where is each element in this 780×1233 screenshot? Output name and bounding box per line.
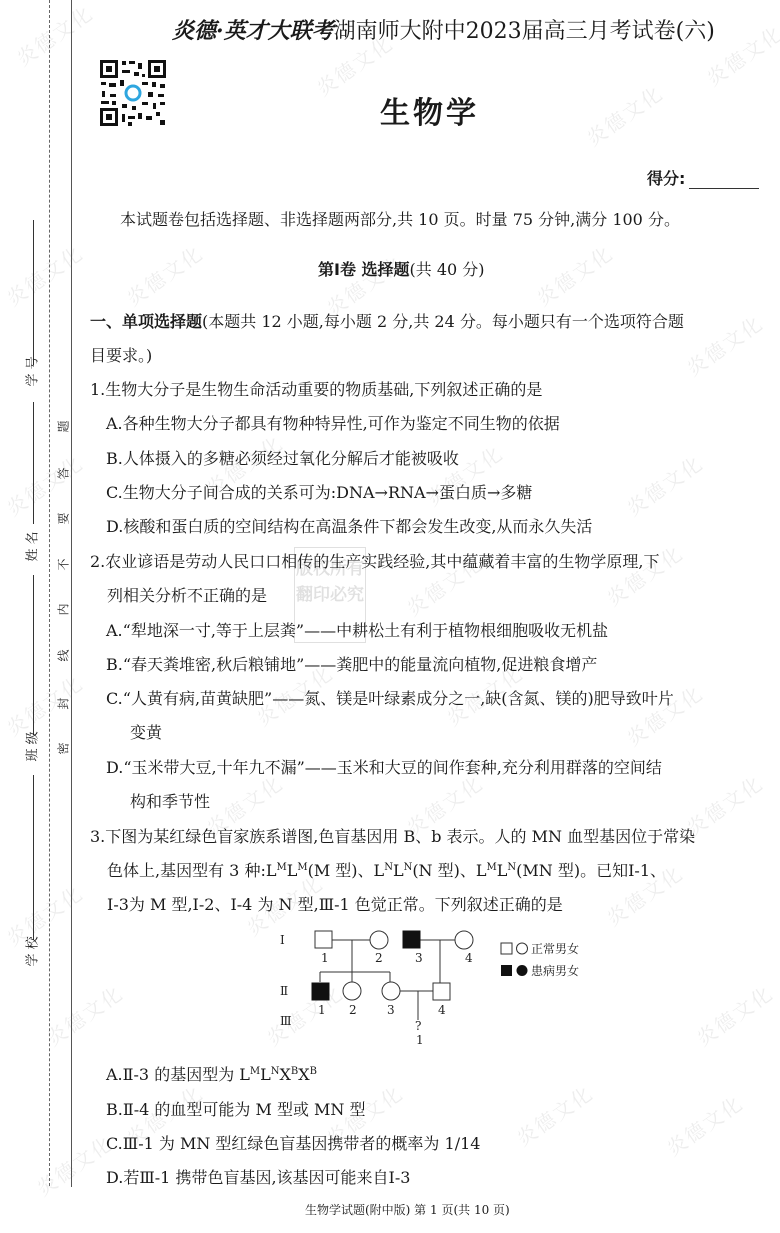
option-label: B. (106, 449, 123, 468)
q3-option-c[interactable]: C.Ⅲ-1 为 MN 型红绿色盲基因携带者的概率为 1/14 (106, 1134, 480, 1154)
q1-option-c[interactable]: C.生物大分子间合成的关系可为:DNA→RNA→蛋白质→多糖 (106, 483, 532, 503)
section-name: 第Ⅰ卷 选择题 (318, 260, 410, 279)
watermark: 炎德文化 (690, 977, 779, 1051)
stamp-line: 翻印必究 (295, 582, 365, 608)
option-text: 若Ⅲ-1 携带色盲基因,该基因可能来自Ⅰ-3 (123, 1168, 410, 1187)
watermark: 炎德文化 (680, 307, 769, 381)
svg-text:3: 3 (387, 1003, 395, 1017)
part-instructions: (本题共 12 小题,每小题 2 分,共 24 分。每小题只有一个选项符合题 (202, 312, 684, 331)
option-label: A. (106, 621, 123, 640)
svg-text:?: ? (415, 1019, 421, 1033)
option-label: C. (106, 1134, 123, 1153)
class-blank[interactable] (33, 575, 34, 735)
question-number: 1. (90, 380, 105, 399)
exam-brand: 炎德·英才大联考 (172, 18, 334, 44)
binding-margin: 学 号 姓 名 班 级 学 校 题 答 要 不 内 线 封 密 (0, 0, 80, 1233)
watermark: 炎德文化 (580, 77, 669, 151)
option-label: C. (106, 689, 123, 708)
option-text: 生物大分子间合成的关系可为:DNA→RNA→蛋白质→多糖 (123, 483, 533, 502)
q2-option-c[interactable]: C.“人黄有病,苗黄缺肥”——氮、镁是叶绿素成分之一,缺(含氮、镁的)肥导致叶片 (106, 689, 674, 709)
q3-option-a[interactable]: A.Ⅱ-3 的基因型为 LMLNXBXB (106, 1065, 317, 1085)
option-label: A. (106, 414, 123, 433)
q2-option-d[interactable]: D.“玉米带大豆,十年九不漏”——玉米和大豆的间作套种,充分利用群落的空间结 (106, 758, 662, 778)
svg-text:1: 1 (321, 951, 329, 965)
watermark: 炎德文化 (660, 1087, 749, 1161)
exam-name: 湖南师大附中2023届高三月考试卷(六) (334, 19, 715, 44)
pedigree-ii-4-male (433, 983, 450, 1000)
margin-solid-line (71, 0, 72, 1187)
q3-option-b[interactable]: B.Ⅱ-4 的血型可能为 M 型或 MN 型 (106, 1100, 366, 1120)
option-label: B. (106, 1100, 123, 1119)
option-text: “春天粪堆密,秋后粮铺地”——粪肥中的能量流向植物,促进粮食增产 (123, 655, 598, 674)
svg-text:1: 1 (416, 1033, 424, 1047)
svg-text:2: 2 (349, 1003, 357, 1017)
pedigree-i-3-affected-male (403, 931, 420, 948)
name-blank[interactable] (33, 402, 34, 524)
option-label: D. (106, 758, 123, 777)
score-label: 得分: (647, 169, 685, 188)
option-text: Ⅱ-4 的血型可能为 M 型或 MN 型 (123, 1100, 366, 1119)
watermark: 炎德文化 (600, 537, 689, 611)
stem-text: 生物大分子是生物生命活动重要的物质基础,下列叙述正确的是 (105, 380, 542, 399)
pedigree-ii-2-female (343, 982, 361, 1000)
svg-text:1: 1 (318, 1003, 326, 1017)
pedigree-chart: Ⅰ Ⅱ Ⅲ 1234 1234 ?1 正常男女 患病男女 (270, 922, 610, 1047)
q1-option-d[interactable]: D.核酸和蛋白质的空间结构在高温条件下都会发生改变,从而永久失活 (106, 517, 592, 537)
q3-option-d[interactable]: D.若Ⅲ-1 携带色盲基因,该基因可能来自Ⅰ-3 (106, 1168, 410, 1188)
svg-text:3: 3 (415, 951, 423, 965)
stem-text: 农业谚语是劳动人民口口相传的生产实践经验,其中蕴藏着丰富的生物学原理,下 (105, 552, 659, 571)
student-id-blank[interactable] (33, 220, 34, 365)
stem-text: 下图为某红绿色盲家族系谱图,色盲基因用 B、b 表示。人的 MN 血型基因位于常… (105, 827, 695, 846)
section-title: 第Ⅰ卷 选择题(共 40 分) (318, 257, 485, 280)
svg-text:Ⅰ: Ⅰ (280, 933, 285, 947)
option-text: 核酸和蛋白质的空间结构在高温条件下都会发生改变,从而永久失活 (123, 517, 592, 536)
exam-title: 炎德·英才大联考湖南师大附中2023届高三月考试卷(六) (172, 14, 715, 45)
question-1-stem: 1.生物大分子是生物生命活动重要的物质基础,下列叙述正确的是 (90, 380, 542, 400)
pedigree-ii-1-affected-male (312, 983, 329, 1000)
q1-option-b[interactable]: B.人体摄入的多糖必须经过氧化分解后才能被吸收 (106, 449, 459, 469)
question-number: 3. (90, 827, 105, 846)
option-label: A. (106, 1065, 123, 1084)
score-field: 得分: (647, 166, 759, 189)
exam-intro: 本试题卷包括选择题、非选择题两部分,共 10 页。时量 75 分钟,满分 100… (120, 207, 680, 230)
svg-text:4: 4 (438, 1003, 446, 1017)
svg-text:2: 2 (375, 951, 383, 965)
pedigree-ii-3-female (382, 982, 400, 1000)
fold-dotted-line (49, 0, 50, 1186)
q2-option-d-cont: 构和季节性 (130, 792, 210, 812)
question-2-stem-cont: 列相关分析不正确的是 (107, 586, 267, 606)
svg-text:4: 4 (465, 951, 473, 965)
score-blank[interactable] (689, 172, 759, 189)
option-text: “犁地深一寸,等于上层粪”——中耕松土有利于植物根细胞吸收无机盐 (123, 621, 608, 640)
watermark: 炎德文化 (620, 447, 709, 521)
pedigree-i-1-male (315, 931, 332, 948)
option-label: C. (106, 483, 123, 502)
option-label: D. (106, 517, 123, 536)
option-text: “玉米带大豆,十年九不漏”——玉米和大豆的间作套种,充分利用群落的空间结 (123, 758, 662, 777)
option-label: B. (106, 655, 123, 674)
pedigree-i-4-female (455, 931, 473, 949)
part-heading: 一、单项选择题(本题共 12 小题,每小题 2 分,共 24 分。每小题只有一个… (90, 312, 684, 332)
option-text: 人体摄入的多糖必须经过氧化分解后才能被吸收 (123, 449, 459, 468)
option-text: 各种生物大分子都具有物种特异性,可作为鉴定不同生物的依据 (123, 414, 560, 433)
qr-code-icon[interactable] (98, 58, 168, 128)
question-2-stem: 2.农业谚语是劳动人民口口相传的生产实践经验,其中蕴藏着丰富的生物学原理,下 (90, 552, 659, 572)
question-3-stem-line3: Ⅰ-3为 M 型,Ⅰ-2、Ⅰ-4 为 N 型,Ⅲ-1 色觉正常。下列叙述正确的是 (107, 895, 563, 915)
option-label: D. (106, 1168, 123, 1187)
part-instructions-cont: 目要求。) (90, 346, 152, 366)
svg-text:患病男女: 患病男女 (531, 963, 579, 978)
watermark: 炎德文化 (510, 1077, 599, 1151)
svg-text:Ⅱ: Ⅱ (280, 984, 288, 998)
section-points: (共 40 分) (410, 260, 485, 279)
school-blank[interactable] (33, 775, 34, 940)
svg-text:Ⅲ: Ⅲ (280, 1014, 292, 1028)
question-3-stem: 3.下图为某红绿色盲家族系谱图,色盲基因用 B、b 表示。人的 MN 血型基因位… (90, 827, 695, 847)
option-text: “人黄有病,苗黄缺肥”——氮、镁是叶绿素成分之一,缺(含氮、镁的)肥导致叶片 (123, 689, 674, 708)
subject-title: 生物学 (380, 88, 479, 132)
question-number: 2. (90, 552, 105, 571)
option-text: Ⅲ-1 为 MN 型红绿色盲基因携带者的概率为 1/14 (123, 1134, 481, 1153)
q2-option-a[interactable]: A.“犁地深一寸,等于上层粪”——中耕松土有利于植物根细胞吸收无机盐 (106, 621, 608, 641)
q2-option-b[interactable]: B.“春天粪堆密,秋后粮铺地”——粪肥中的能量流向植物,促进粮食增产 (106, 655, 597, 675)
svg-text:正常男女: 正常男女 (531, 941, 579, 956)
watermark: 炎德文化 (120, 237, 209, 311)
question-3-stem-line2: 色体上,基因型有 3 种:LMLM(M 型)、LNLN(N 型)、LMLN(MN… (107, 861, 666, 881)
q1-option-a[interactable]: A.各种生物大分子都具有物种特异性,可作为鉴定不同生物的依据 (106, 414, 560, 434)
page-footer: 生物学试题(附中版) 第 1 页(共 10 页) (305, 1201, 510, 1218)
pedigree-i-2-female (370, 931, 388, 949)
q2-option-c-cont: 变黄 (130, 723, 162, 743)
part-title: 一、单项选择题 (90, 312, 202, 331)
watermark: 炎德文化 (530, 237, 619, 311)
pedigree-legend: 正常男女 患病男女 (501, 941, 579, 978)
